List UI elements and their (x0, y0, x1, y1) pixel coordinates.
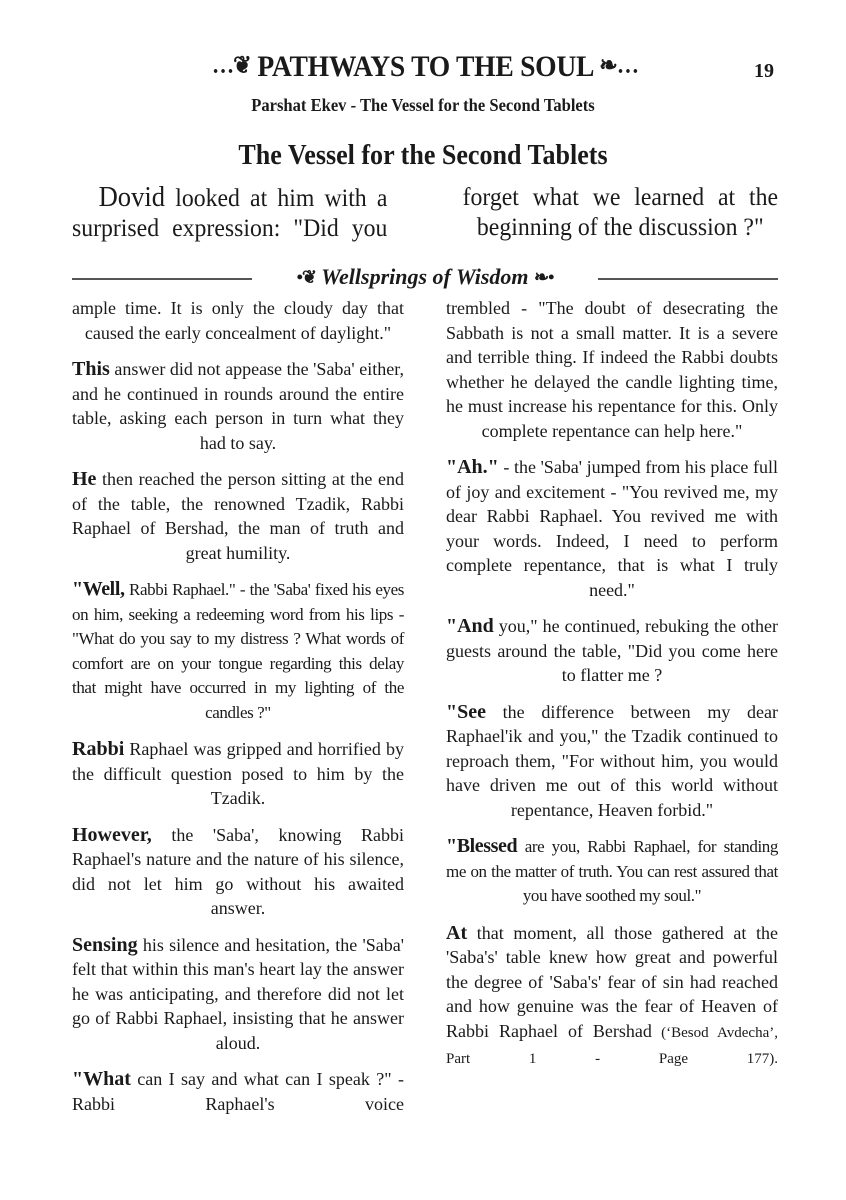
lead-word: "And (446, 615, 494, 637)
paragraph: "Well, Rabbi Raphael." - the 'Saba' fixe… (72, 577, 404, 725)
intro-paragraph: Dovid looked at him with a surprised exp… (72, 183, 778, 244)
paragraph: This answer did not appease the 'Saba' e… (72, 357, 404, 455)
page-number: 19 (754, 60, 774, 83)
lead-word: "See (446, 701, 486, 723)
ornament-right-icon: ❧… (599, 51, 638, 80)
intro-text-right: forget what we learned at the beginning … (463, 183, 778, 243)
lead-word: Sensing (72, 934, 138, 956)
column-right: trembled - "The doubt of desecrating the… (446, 296, 778, 1128)
paragraph: trembled - "The doubt of desecrating the… (446, 296, 778, 443)
article-title: The Vessel for the Second Tablets (30, 140, 817, 172)
lead-word: "What (72, 1068, 131, 1090)
paragraph: ample time. It is only the cloudy day th… (72, 296, 404, 345)
section-label: •❦ Wellsprings of Wisdom ❧• (72, 264, 778, 290)
running-title-text: PATHWAYS TO THE SOUL (257, 50, 592, 83)
lead-word: Rabbi (72, 738, 124, 760)
paragraph: "See the difference between my dear Raph… (446, 700, 778, 823)
running-title: …❦ PATHWAYS TO THE SOUL ❧… (154, 50, 697, 84)
intro-lead-word: Dovid (99, 182, 166, 213)
flourish-left-icon: •❦ (297, 267, 316, 288)
paragraph: Sensing his silence and hesitation, the … (72, 933, 404, 1056)
paragraph: However, the 'Saba', knowing Rabbi Rapha… (72, 823, 404, 921)
lead-word: He (72, 468, 96, 490)
page-header: …❦ PATHWAYS TO THE SOUL ❧… 19 (0, 50, 846, 90)
lead-word: However, (72, 824, 152, 846)
lead-word: "Well, (72, 578, 125, 600)
intro-column-left: Dovid looked at him with a surprised exp… (72, 183, 387, 244)
paragraph: At that moment, all those gathered at th… (446, 921, 778, 1072)
flourish-right-icon: ❧• (534, 267, 553, 288)
paragraph: "What can I say and what can I speak ?" … (72, 1067, 404, 1116)
body-columns: ample time. It is only the cloudy day th… (72, 296, 778, 1128)
lead-word: "Blessed (446, 835, 517, 857)
section-label-text: Wellsprings of Wisdom (321, 264, 528, 289)
paragraph: "Ah." - the 'Saba' jumped from his place… (446, 455, 778, 602)
lead-word: At (446, 922, 467, 944)
section-divider: •❦ Wellsprings of Wisdom ❧• (72, 264, 778, 292)
lead-word: "Ah." (446, 456, 499, 478)
column-left: ample time. It is only the cloudy day th… (72, 296, 404, 1128)
paragraph: Rabbi Raphael was gripped and horrified … (72, 737, 404, 811)
paragraph: "Blessed are you, Rabbi Raphael, for sta… (446, 834, 778, 909)
ornament-left-icon: …❦ (212, 51, 251, 80)
paragraph: He then reached the person sitting at th… (72, 467, 404, 565)
chapter-subtitle: Parshat Ekev - The Vessel for the Second… (34, 95, 812, 116)
intro-text-left: Dovid looked at him with a surprised exp… (72, 183, 387, 244)
paragraph: "And you," he continued, rebuking the ot… (446, 614, 778, 688)
lead-word: This (72, 358, 110, 380)
intro-column-right: forget what we learned at the beginning … (463, 183, 778, 244)
